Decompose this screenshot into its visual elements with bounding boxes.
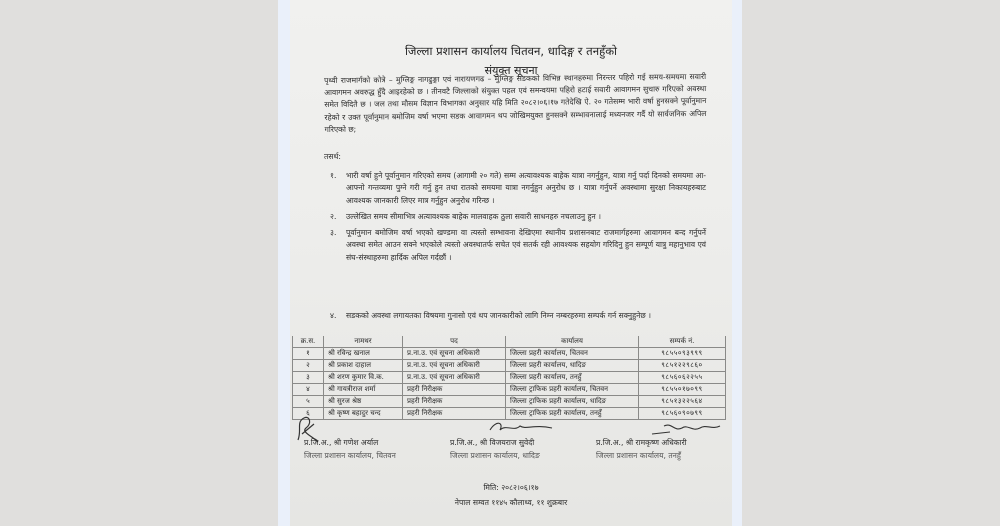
point-text: पूर्वानुमान बमोजिम वर्षा भएको खण्डमा वा …	[346, 227, 706, 264]
signatory-name: प्र.जि.अ., श्री रामकृष्ण अधिकारी	[596, 436, 687, 449]
point-text: उल्लेखित समय सीमाभित्र अत्यावश्यक बाहेक …	[346, 211, 706, 223]
cell-office: जिल्ला प्रहरी कार्यालय, चितवन	[506, 348, 639, 360]
cell-serial: २	[293, 360, 324, 372]
cell-post: प्रहरी निरीक्षक	[403, 384, 506, 396]
cell-serial: १	[293, 348, 324, 360]
notice-document: जिल्ला प्रशासन कार्यालय चितवन, धादिङ्ग र…	[290, 0, 732, 526]
point-text: सडकको अवस्था लगायतका विषयमा गुनासो एवं थ…	[346, 310, 706, 322]
cell-phone: ९८५१३२२५६४	[639, 396, 726, 408]
table-row: २ श्री प्रकाश दाहाल प्र.ना.उ. एवं सूचना …	[293, 360, 726, 372]
header-phone: सम्पर्क नं.	[639, 336, 726, 348]
cell-office: जिल्ला प्रहरी कार्यालय, धादिङ	[506, 360, 639, 372]
date-line: मिति: २०८२।०६।१७	[290, 480, 732, 495]
cell-post: प्र.ना.उ. एवं सूचना अधिकारी	[403, 348, 506, 360]
point-text: भारी वर्षा हुने पूर्वानुमान गरिएको समय (…	[346, 170, 706, 207]
signatory: प्र.जि.अ., श्री रामकृष्ण अधिकारी जिल्ला …	[596, 436, 687, 462]
therefore-label: तसर्थ:	[324, 152, 341, 162]
cell-post: प्रहरी निरीक्षक	[403, 396, 506, 408]
cell-office: जिल्ला प्रहरी कार्यालय, तनहुँ	[506, 372, 639, 384]
appeal-point: १. भारी वर्षा हुने पूर्वानुमान गरिएको सम…	[330, 170, 706, 207]
header-office: कार्यालय	[506, 336, 639, 348]
cell-name: श्री सुरज श्रेष्ठ	[324, 396, 403, 408]
cell-name: श्री प्रकाश दाहाल	[324, 360, 403, 372]
point-number: ३.	[330, 227, 346, 264]
cell-phone: ९८५१२२९८६०	[639, 360, 726, 372]
signatory: प्र.जि.अ., श्री विजयराज सुवेदी जिल्ला प्…	[450, 436, 540, 462]
cell-name: श्री गायत्रीराज शर्मा	[324, 384, 403, 396]
signature-scribble-icon	[486, 418, 556, 436]
cell-name: श्री रविन्द्र खनाल	[324, 348, 403, 360]
point-number: २.	[330, 211, 346, 223]
signature-block: प्र.जि.अ., श्री गणेश अर्याल जिल्ला प्रशा…	[290, 418, 732, 468]
signatory-office: जिल्ला प्रशासन कार्यालय, तनहुँ	[596, 449, 687, 462]
header-post: पद	[403, 336, 506, 348]
cell-office: जिल्ला ट्राफिक प्रहरी कार्यालय, चितवन	[506, 384, 639, 396]
signatory: प्र.जि.अ., श्री गणेश अर्याल जिल्ला प्रशा…	[304, 436, 396, 462]
notice-title: जिल्ला प्रशासन कार्यालय चितवन, धादिङ्ग र…	[290, 44, 732, 59]
table-row: ४ श्री गायत्रीराज शर्मा प्रहरी निरीक्षक …	[293, 384, 726, 396]
appeal-point: ४. सडकको अवस्था लगायतका विषयमा गुनासो एव…	[330, 310, 706, 322]
table-header-row: क्र.स. नामथर पद कार्यालय सम्पर्क नं.	[293, 336, 726, 348]
contacts-table: क्र.स. नामथर पद कार्यालय सम्पर्क नं. १ श…	[292, 336, 726, 420]
signatory-office: जिल्ला प्रशासन कार्यालय, चितवन	[304, 449, 396, 462]
cell-phone: ९८५५०९३९९९	[639, 348, 726, 360]
appeal-points: १. भारी वर्षा हुने पूर्वानुमान गरिएको सम…	[330, 170, 706, 268]
point-number: १.	[330, 170, 346, 207]
cell-serial: ४	[293, 384, 324, 396]
date-block: मिति: २०८२।०६।१७ नेपाल सम्वत ११४५ कौलाथ्…	[290, 480, 732, 510]
table-row: ३ श्री शरण कुमार वि.क. प्र.ना.उ. एवं सूच…	[293, 372, 726, 384]
table-row: १ श्री रविन्द्र खनाल प्र.ना.उ. एवं सूचना…	[293, 348, 726, 360]
header-name: नामथर	[324, 336, 403, 348]
signatory-name: प्र.जि.अ., श्री विजयराज सुवेदी	[450, 436, 540, 449]
signatory-name: प्र.जि.अ., श्री गणेश अर्याल	[304, 436, 396, 449]
point-number: ४.	[330, 310, 346, 322]
cell-serial: ५	[293, 396, 324, 408]
cell-post: प्र.ना.उ. एवं सूचना अधिकारी	[403, 372, 506, 384]
cell-phone: ९८५५०१७०९९	[639, 384, 726, 396]
appeal-point: २. उल्लेखित समय सीमाभित्र अत्यावश्यक बाह…	[330, 211, 706, 223]
signatory-office: जिल्ला प्रशासन कार्यालय, धादिङ	[450, 449, 540, 462]
cell-post: प्र.ना.उ. एवं सूचना अधिकारी	[403, 360, 506, 372]
intro-paragraph: पृथ्वी राजमार्गको कोत्रे – मुग्लिङ्ग नाग…	[324, 71, 707, 136]
appeal-point: ३. पूर्वानुमान बमोजिम वर्षा भएको खण्डमा …	[330, 227, 706, 264]
cell-name: श्री शरण कुमार वि.क.	[324, 372, 403, 384]
cell-phone: ९८५६०६२२५५	[639, 372, 726, 384]
nepal-sambat-line: नेपाल सम्वत ११४५ कौलाथ्व, ११ शुक्रबार	[290, 495, 732, 510]
header-serial: क्र.स.	[293, 336, 324, 348]
table-row: ५ श्री सुरज श्रेष्ठ प्रहरी निरीक्षक जिल्…	[293, 396, 726, 408]
cell-serial: ३	[293, 372, 324, 384]
cell-office: जिल्ला ट्राफिक प्रहरी कार्यालय, धादिङ	[506, 396, 639, 408]
